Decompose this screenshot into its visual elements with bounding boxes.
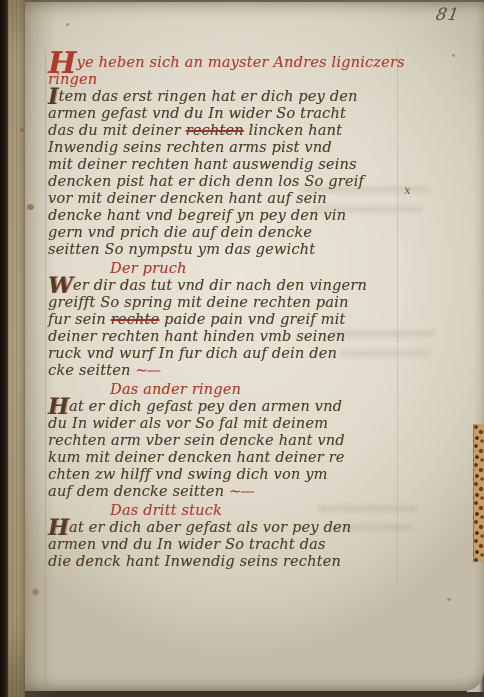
text-line: Hat er dich gefast pey den armen vnd <box>48 399 414 416</box>
text-line: Inwendig seins rechten arms pist vnd <box>48 140 414 157</box>
text-line: Das dritt stuck <box>110 503 414 520</box>
foxing-spot <box>447 598 451 601</box>
foxing-spot <box>452 54 455 57</box>
text-segment: du In wider als vor So fal mit deinem <box>48 416 328 432</box>
rubric-heading-das-dritt-stuck: Das dritt stuck <box>48 503 414 520</box>
text-segment: greifft So spring mit deine rechten pain <box>48 295 348 311</box>
text-line: du In wider als vor So fal mit deinem <box>48 416 414 433</box>
text-segment: das du mit deiner <box>48 123 186 139</box>
text-block: Hye heben sich an mayster Andres lignicz… <box>48 55 414 571</box>
text-segment: rechten arm vber sein dencke hant vnd <box>48 433 345 449</box>
text-segment: seitten So nympstu ym das gewicht <box>48 242 315 258</box>
text-line: das du mit deiner rechten lincken hant <box>48 123 414 140</box>
rubric-heading-das-ander-ringen: Das ander ringen <box>48 382 414 399</box>
text-line: Hye heben sich an mayster Andres lignicz… <box>48 55 414 72</box>
text-line: dencke hant vnd begreif yn pey den vin <box>48 208 414 225</box>
text-line: cke seitten ~— <box>48 363 414 380</box>
text-segment: paide pain vnd greif mit <box>159 312 345 328</box>
paragraph-dritt-stuck-text: Hat er dich aber gefast als vor pey dena… <box>48 520 414 571</box>
text-line: ruck vnd wurf In fur dich auf dein den <box>48 346 414 363</box>
text-line: dencken pist hat er dich denn los So gre… <box>48 174 414 191</box>
text-segment: kum mit deiner dencken hant deiner re <box>48 450 345 466</box>
text-segment: fur sein <box>48 312 111 328</box>
text-line: deiner rechten hant hinden vmb seinen <box>48 329 414 346</box>
text-segment: ye heben sich an mayster Andres lignicze… <box>77 55 405 71</box>
foxing-spot <box>66 23 69 26</box>
text-segment: Das ander ringen <box>110 382 241 398</box>
text-line: Item das erst ringen hat er dich pey den <box>48 89 414 106</box>
text-segment: armen vnd du In wider So tracht das <box>48 537 326 553</box>
text-line: die denck hant Inwendig seins rechten <box>48 554 414 571</box>
text-line: Der pruch <box>110 261 414 278</box>
text-segment: chten zw hilff vnd swing dich von ym <box>48 467 328 483</box>
strikethrough-correction: rechten <box>186 123 244 139</box>
text-segment: tem das erst ringen hat er dich pey den <box>59 89 358 105</box>
text-segment: Das dritt stuck <box>110 503 222 519</box>
paragraph-pruch-text: Wer dir das tut vnd dir nach den vingern… <box>48 278 414 380</box>
text-segment: auf dem dencke seitten <box>48 484 229 500</box>
text-segment: Inwendig seins rechten arms pist vnd <box>48 140 332 156</box>
foxing-spot <box>20 128 24 132</box>
text-segment: at er dich gefast pey den armen vnd <box>69 399 342 415</box>
text-segment: deiner rechten hant hinden vmb seinen <box>48 329 345 345</box>
text-segment: Der pruch <box>110 261 187 277</box>
strikethrough-correction: rechte <box>111 312 160 328</box>
rubric-heading-title: Hye heben sich an mayster Andres lignicz… <box>48 55 414 89</box>
text-segment: lincken hant <box>244 123 342 139</box>
text-line: armen gefast vnd du In wider So tracht <box>48 106 414 123</box>
text-line: vor mit deiner dencken hant auf sein <box>48 191 414 208</box>
text-line: Wer dir das tut vnd dir nach den vingern <box>48 278 414 295</box>
text-line: seitten So nympstu ym das gewicht <box>48 242 414 259</box>
text-line: ringen <box>48 72 414 89</box>
text-line: gern vnd prich die auf dein dencke <box>48 225 414 242</box>
text-segment: vor mit deiner dencken hant auf sein <box>48 191 327 207</box>
text-segment: at er dich aber gefast als vor pey den <box>69 520 351 536</box>
text-segment: gern vnd prich die auf dein dencke <box>48 225 312 241</box>
text-line: armen vnd du In wider So tracht das <box>48 537 414 554</box>
text-line: Hat er dich aber gefast als vor pey den <box>48 520 414 537</box>
red-flourish: ~— <box>229 484 254 500</box>
manuscript-photo: 81 x Hye heben sich an mayster Andres li… <box>0 0 484 697</box>
text-line: auf dem dencke seitten ~— <box>48 484 414 501</box>
text-segment: ruck vnd wurf In fur dich auf dein den <box>48 346 337 362</box>
red-flourish: ~— <box>135 363 160 379</box>
text-line: rechten arm vber sein dencke hant vnd <box>48 433 414 450</box>
foxing-spot <box>27 204 34 210</box>
text-segment: dencken pist hat er dich denn los So gre… <box>48 174 364 190</box>
text-line: chten zw hilff vnd swing dich von ym <box>48 467 414 484</box>
rubric-heading-der-pruch: Der pruch <box>48 261 414 278</box>
text-line: kum mit deiner dencken hant deiner re <box>48 450 414 467</box>
text-segment: dencke hant vnd begreif yn pey den vin <box>48 208 346 224</box>
paragraph-ander-ringen-text: Hat er dich gefast pey den armen vnddu I… <box>48 399 414 501</box>
text-line: fur sein rechte paide pain vnd greif mit <box>48 312 414 329</box>
ruling-line-left <box>45 52 46 684</box>
paragraph-first-ringen: Item das erst ringen hat er dich pey den… <box>48 89 414 259</box>
text-segment: mit deiner rechten hant auswendig seins <box>48 157 357 173</box>
foxing-spot <box>32 589 39 595</box>
text-segment: er dir das tut vnd dir nach den vingern <box>73 278 367 294</box>
text-segment: die denck hant Inwendig seins rechten <box>48 554 341 570</box>
folio-number: 81 <box>435 5 462 25</box>
speckled-fore-edge <box>473 424 484 562</box>
text-line: greifft So spring mit deine rechten pain <box>48 295 414 312</box>
text-segment: armen gefast vnd du In wider So tracht <box>48 106 346 122</box>
text-line: Das ander ringen <box>110 382 414 399</box>
text-line: mit deiner rechten hant auswendig seins <box>48 157 414 174</box>
text-segment: cke seitten <box>48 363 135 379</box>
